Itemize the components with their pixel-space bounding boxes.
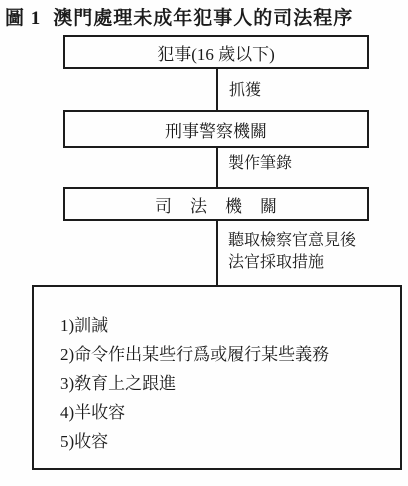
connector-line-record [216, 148, 218, 187]
figure-title: 圖 1澳門處理未成年犯事人的司法程序 [5, 3, 353, 30]
connector-line-arrest [216, 69, 218, 110]
connector-label-measures: 聽取檢察官意見後 法官採取措施 [228, 230, 356, 274]
flowchart-box-offence-label: 犯事(16 歲以下) [157, 40, 275, 65]
figure-number: 圖 1 [5, 8, 41, 29]
flowchart-box-police: 刑事警察機關 [63, 110, 369, 148]
flowchart-box-judiciary: 司法機關 [63, 187, 369, 221]
connector-label-record: 製作筆錄 [228, 153, 292, 175]
measure-item-1: 1)訓誡 [60, 311, 392, 340]
measure-item-5: 5)收容 [60, 427, 392, 456]
measure-item-2: 2)命令作出某些行爲或履行某些義務 [60, 340, 392, 369]
flowchart-box-offence: 犯事(16 歲以下) [63, 35, 369, 69]
connector-label-measures-line1: 聽取檢察官意見後 [228, 230, 356, 252]
connector-label-measures-line2: 法官採取措施 [228, 252, 356, 274]
connector-label-arrest: 抓獲 [229, 80, 261, 102]
flowchart-box-police-label: 刑事警察機關 [165, 117, 267, 142]
measure-item-4: 4)半收容 [60, 398, 392, 427]
figure-page: 圖 1澳門處理未成年犯事人的司法程序 犯事(16 歲以下) 抓獲 刑事警察機關 … [0, 0, 408, 486]
figure-title-text: 澳門處理未成年犯事人的司法程序 [53, 8, 353, 29]
flowchart-box-judiciary-label: 司法機關 [137, 192, 295, 217]
measures-list: 1)訓誡 2)命令作出某些行爲或履行某些義務 3)敎育上之跟進 4)半收容 5)… [60, 311, 392, 456]
measure-item-3: 3)敎育上之跟進 [60, 369, 392, 398]
connector-line-measures [216, 221, 218, 285]
flowchart-box-measures: 1)訓誡 2)命令作出某些行爲或履行某些義務 3)敎育上之跟進 4)半收容 5)… [32, 285, 402, 470]
